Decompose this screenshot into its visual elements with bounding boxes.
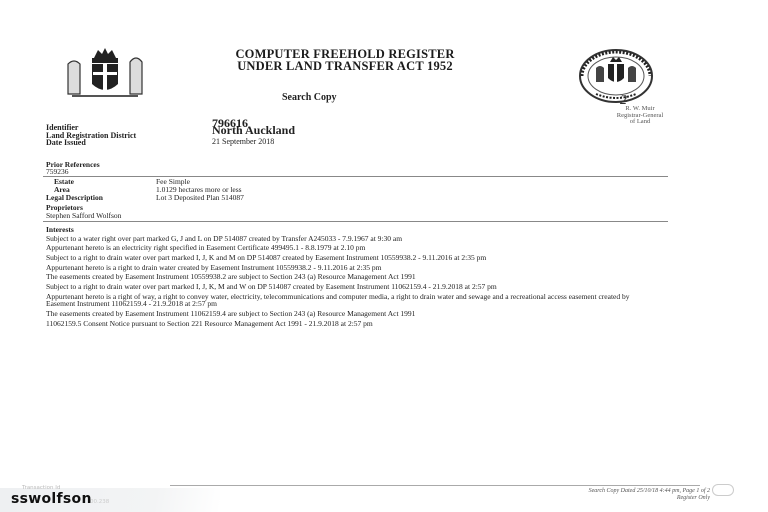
document-title: COMPUTER FREEHOLD REGISTER UNDER LAND TR… xyxy=(200,48,490,72)
registrar-name-block: R. W. Muir Registrar-General of Land xyxy=(585,106,695,126)
interest-item: Subject to a water right over part marke… xyxy=(46,235,646,243)
interests-heading: Interests xyxy=(46,226,646,234)
interest-item: Appurtenant hereto is an electricity rig… xyxy=(46,244,646,252)
proprietors: Proprietors Stephen Safford Wolfson xyxy=(46,204,121,219)
interests: Interests Subject to a water right over … xyxy=(46,226,646,329)
registrar-title-suffix: of Land xyxy=(585,119,695,126)
title-line-2: UNDER LAND TRANSFER ACT 1952 xyxy=(200,60,490,72)
interest-item: The easements created by Easement Instru… xyxy=(46,273,646,281)
interest-item: Subject to a right to drain water over p… xyxy=(46,283,646,291)
prior-references-value: 759236 xyxy=(46,168,100,175)
legal-description-value: Lot 3 Deposited Plan 514087 xyxy=(156,194,244,202)
interest-item: Subject to a right to drain water over p… xyxy=(46,254,646,262)
interest-item: 11062159.5 Consent Notice pursuant to Se… xyxy=(46,320,646,328)
divider xyxy=(43,221,668,222)
transaction-id-suffix: 00.238 xyxy=(90,499,109,505)
footer-stamp-icon xyxy=(712,484,734,496)
interest-item: Appurtenant hereto is a right to drain w… xyxy=(46,264,646,272)
footer-text: Search Copy Dated 25/10/18 4:44 pm, Page… xyxy=(490,488,710,501)
legal-description-label: Legal Description xyxy=(46,194,103,202)
interest-item: The easements created by Easement Instru… xyxy=(46,310,646,318)
coat-of-arms-icon xyxy=(62,44,148,102)
watermark-username: sswolfson xyxy=(11,491,92,507)
document-page: COMPUTER FREEHOLD REGISTER UNDER LAND TR… xyxy=(0,0,768,512)
footer-divider xyxy=(170,485,700,486)
district-value: North Auckland xyxy=(212,127,295,135)
proprietors-value: Stephen Safford Wolfson xyxy=(46,212,121,220)
document-subtitle: Search Copy xyxy=(282,92,337,103)
footer-register-only: Register Only xyxy=(490,495,710,502)
interest-item: Appurtenant hereto is a right of way, a … xyxy=(46,293,646,308)
date-issued-value: 21 September 2018 xyxy=(212,138,274,146)
divider xyxy=(43,176,668,177)
date-issued-label: Date Issued xyxy=(46,139,206,147)
prior-references: Prior References 759236 xyxy=(46,161,100,175)
